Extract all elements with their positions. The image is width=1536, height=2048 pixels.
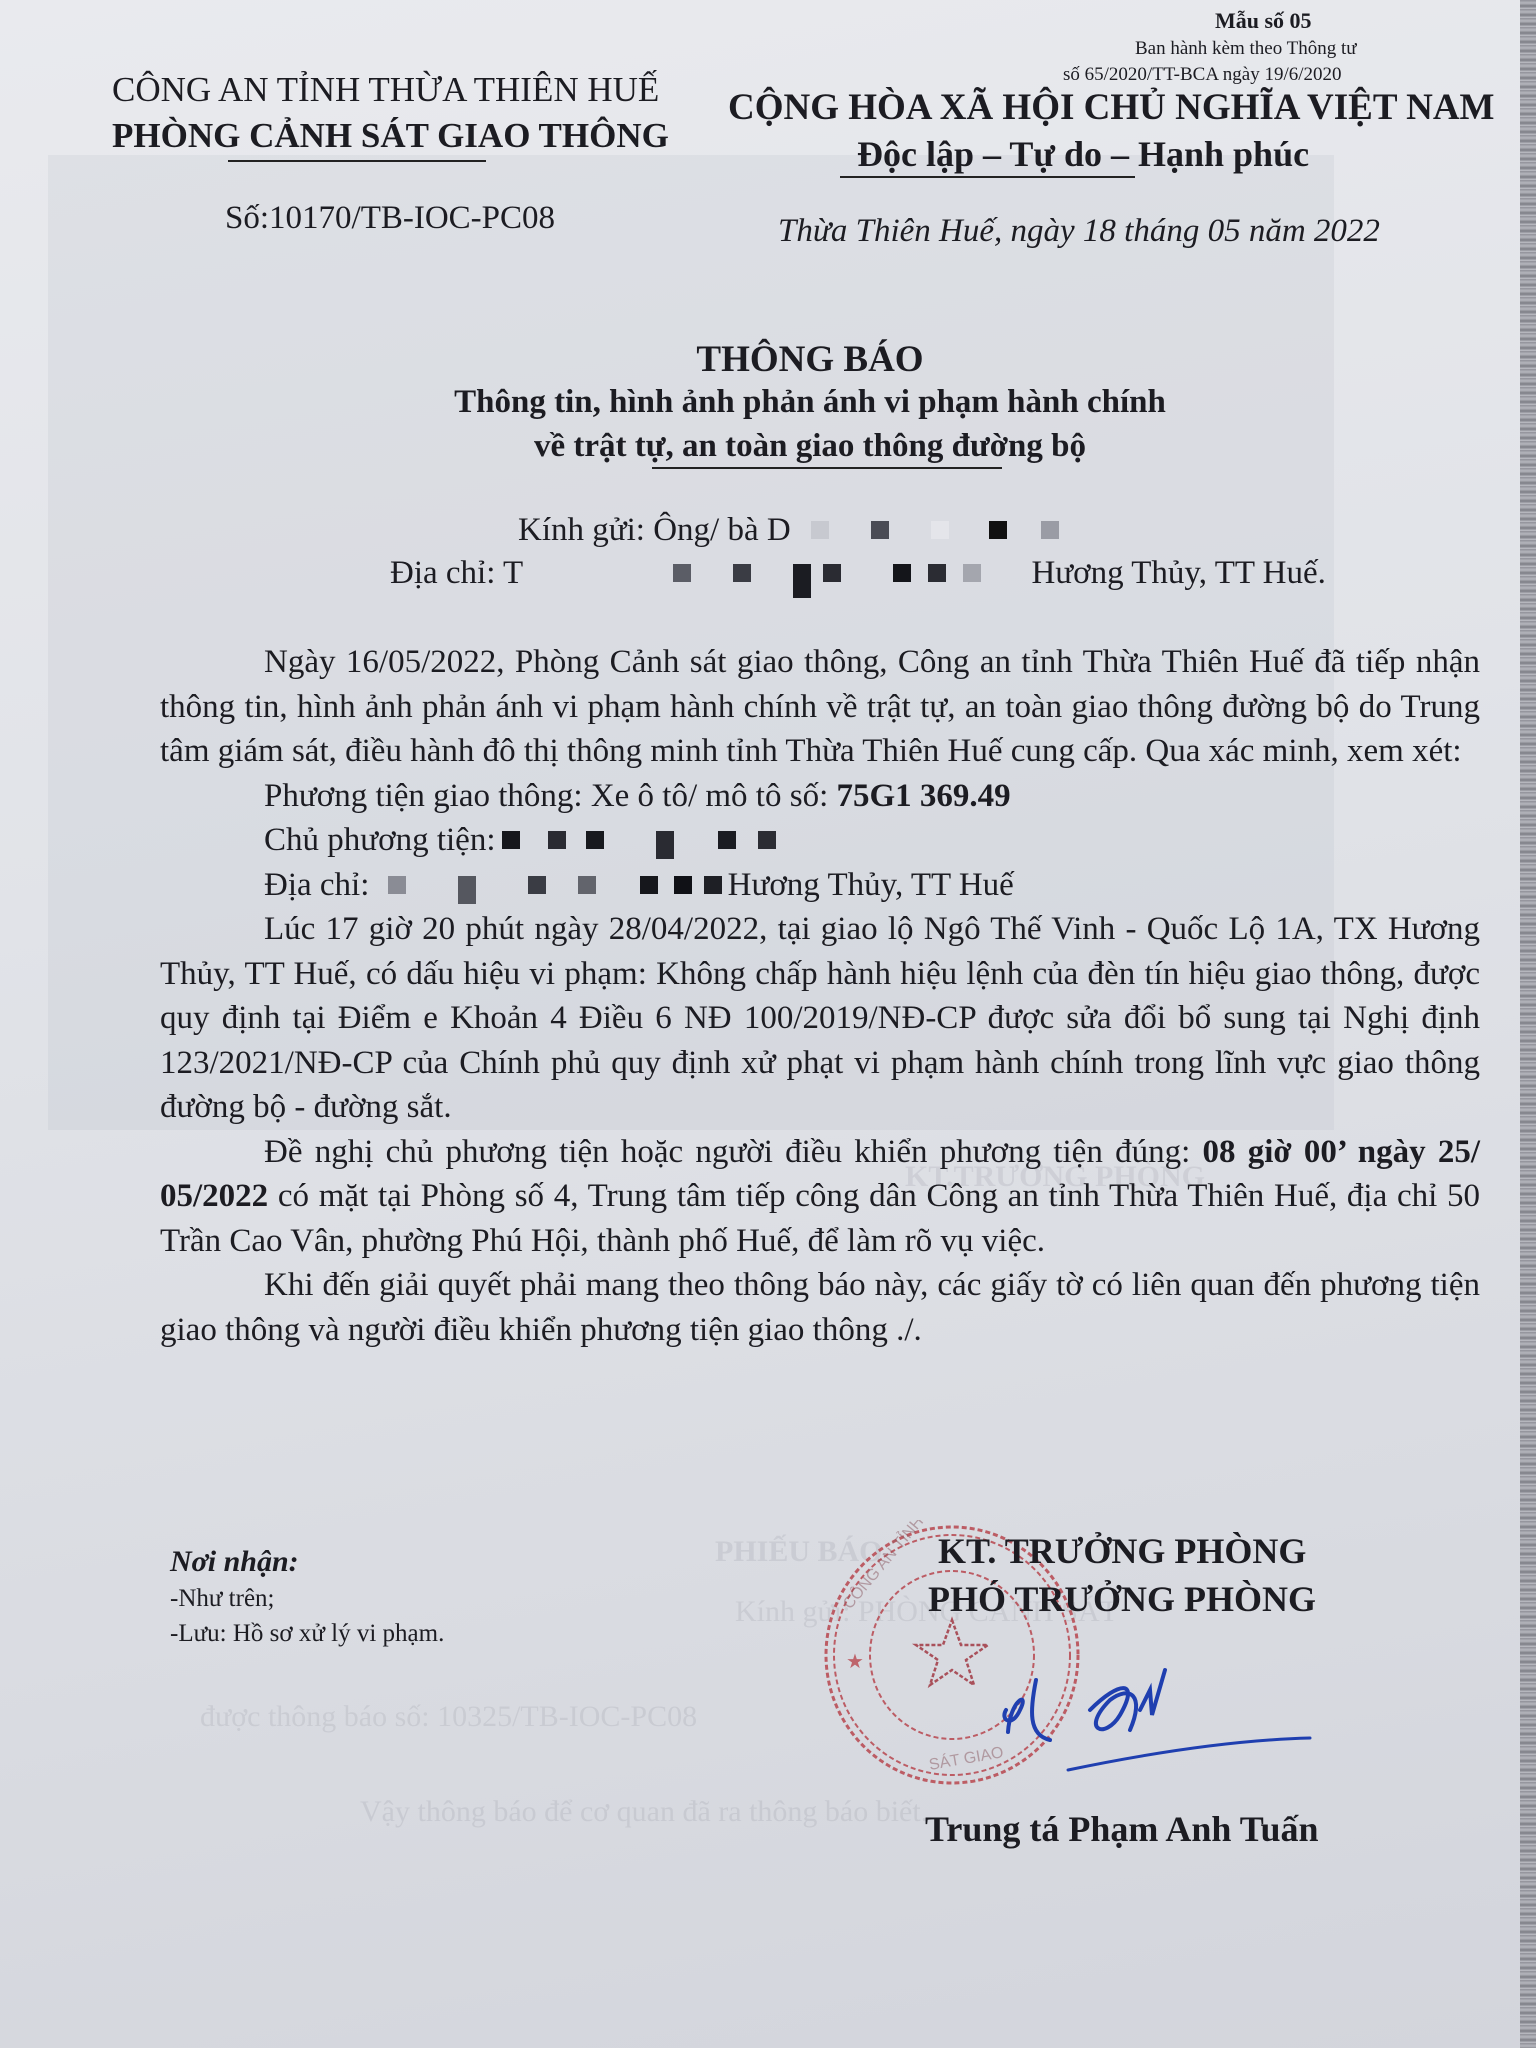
summons-suffix: có mặt tại Phòng số 4, Trung tâm tiếp cô… [160, 1178, 1480, 1259]
summons-prefix: Đề nghị chủ phương tiện hoặc người điều … [264, 1134, 1203, 1170]
owner-address-suffix: Hương Thủy, TT Huế [728, 867, 1014, 903]
issuing-agency: CÔNG AN TỈNH THỪA THIÊN HUẾ [112, 70, 659, 110]
owner-address-label: Địa chỉ: [264, 867, 378, 903]
document-subtitle: Thông tin, hình ảnh phản ánh vi phạm hàn… [0, 384, 1536, 421]
recipient-address-suffix: Hương Thủy, TT Huế. [1031, 555, 1325, 591]
document-number: Số:10170/TB-IOC-PC08 [225, 200, 555, 237]
notice-body: Ngày 16/05/2022, Phòng Cảnh sát giao thô… [160, 640, 1480, 1352]
owner-address-line: Địa chỉ: Hương Thủy, TT Huế [160, 863, 1480, 908]
paragraph-violation: Lúc 17 giờ 20 phút ngày 28/04/2022, tại … [160, 907, 1480, 1130]
recipients-title: Nơi nhận: [170, 1545, 299, 1579]
motto-underline [840, 176, 1135, 178]
redacted-name [791, 517, 1076, 547]
subtitle-underline [652, 467, 1002, 469]
redacted-owner-address [378, 872, 728, 902]
form-reference: Ban hành kèm theo Thông tư [1135, 38, 1357, 60]
form-id: Mẫu số 05 [1215, 8, 1312, 34]
paragraph-summons: Đề nghị chủ phương tiện hoặc người điều … [160, 1130, 1480, 1264]
paragraph-requirements: Khi đến giải quyết phải mang theo thông … [160, 1263, 1480, 1352]
national-motto: Độc lập – Tự do – Hạnh phúc [857, 133, 1309, 175]
show-through-text: Vậy thông báo để cơ quan đã ra thông báo… [360, 1795, 928, 1829]
svg-text:★: ★ [846, 1651, 864, 1673]
vehicle-line: Phương tiện giao thông: Xe ô tô/ mô tô s… [160, 774, 1480, 819]
recipient-line: Kính gửi: Ông/ bà D [518, 512, 1076, 549]
paper-edge [1520, 0, 1536, 2048]
svg-text:CÔNG AN TỈNH: CÔNG AN TỈNH [839, 1520, 928, 1613]
document-title: THÔNG BÁO [0, 338, 1536, 381]
redacted-address [523, 560, 1023, 590]
license-plate: 75G1 369.49 [837, 778, 1011, 814]
signature-title-2: PHÓ TRƯỞNG PHÒNG [928, 1578, 1316, 1620]
issuing-department: PHÒNG CẢNH SÁT GIAO THÔNG [112, 116, 669, 156]
signer-name: Trung tá Phạm Anh Tuấn [925, 1808, 1319, 1850]
paragraph-intro: Ngày 16/05/2022, Phòng Cảnh sát giao thô… [160, 640, 1480, 774]
show-through-text: được thông báo số: 10325/TB-IOC-PC08 [200, 1700, 697, 1734]
recipients-item: -Như trên; [170, 1585, 275, 1613]
national-title: CỘNG HÒA XÃ HỘI CHỦ NGHĨA VIỆT NAM [728, 86, 1494, 129]
vehicle-label: Phương tiện giao thông: Xe ô tô/ mô tô s… [264, 778, 837, 814]
recipient-address-line: Địa chỉ: T Hương Thủy, TT Huế. [390, 555, 1326, 592]
recipient-greeting: Kính gửi: Ông/ bà D [518, 512, 791, 548]
owner-line: Chủ phương tiện: [160, 818, 1480, 863]
place-and-date: Thừa Thiên Huế, ngày 18 tháng 05 năm 202… [778, 213, 1380, 250]
form-reference: số 65/2020/TT-BCA ngày 19/6/2020 [1063, 64, 1342, 86]
owner-label: Chủ phương tiện: [264, 822, 496, 858]
redacted-owner [496, 827, 796, 857]
signature-title-1: KT. TRƯỞNG PHÒNG [938, 1530, 1306, 1572]
header-underline [228, 160, 486, 162]
recipients-item: -Lưu: Hồ sơ xử lý vi phạm. [170, 1620, 444, 1648]
document-page: KT.TRƯỞNG PHÒNG PHIẾU BÁO Kính gửi: PHÒN… [0, 0, 1520, 2048]
document-subtitle: về trật tự, an toàn giao thông đường bộ [0, 428, 1536, 465]
recipient-address-label: Địa chỉ: T [390, 555, 523, 591]
handwritten-signature-icon [980, 1640, 1320, 1780]
